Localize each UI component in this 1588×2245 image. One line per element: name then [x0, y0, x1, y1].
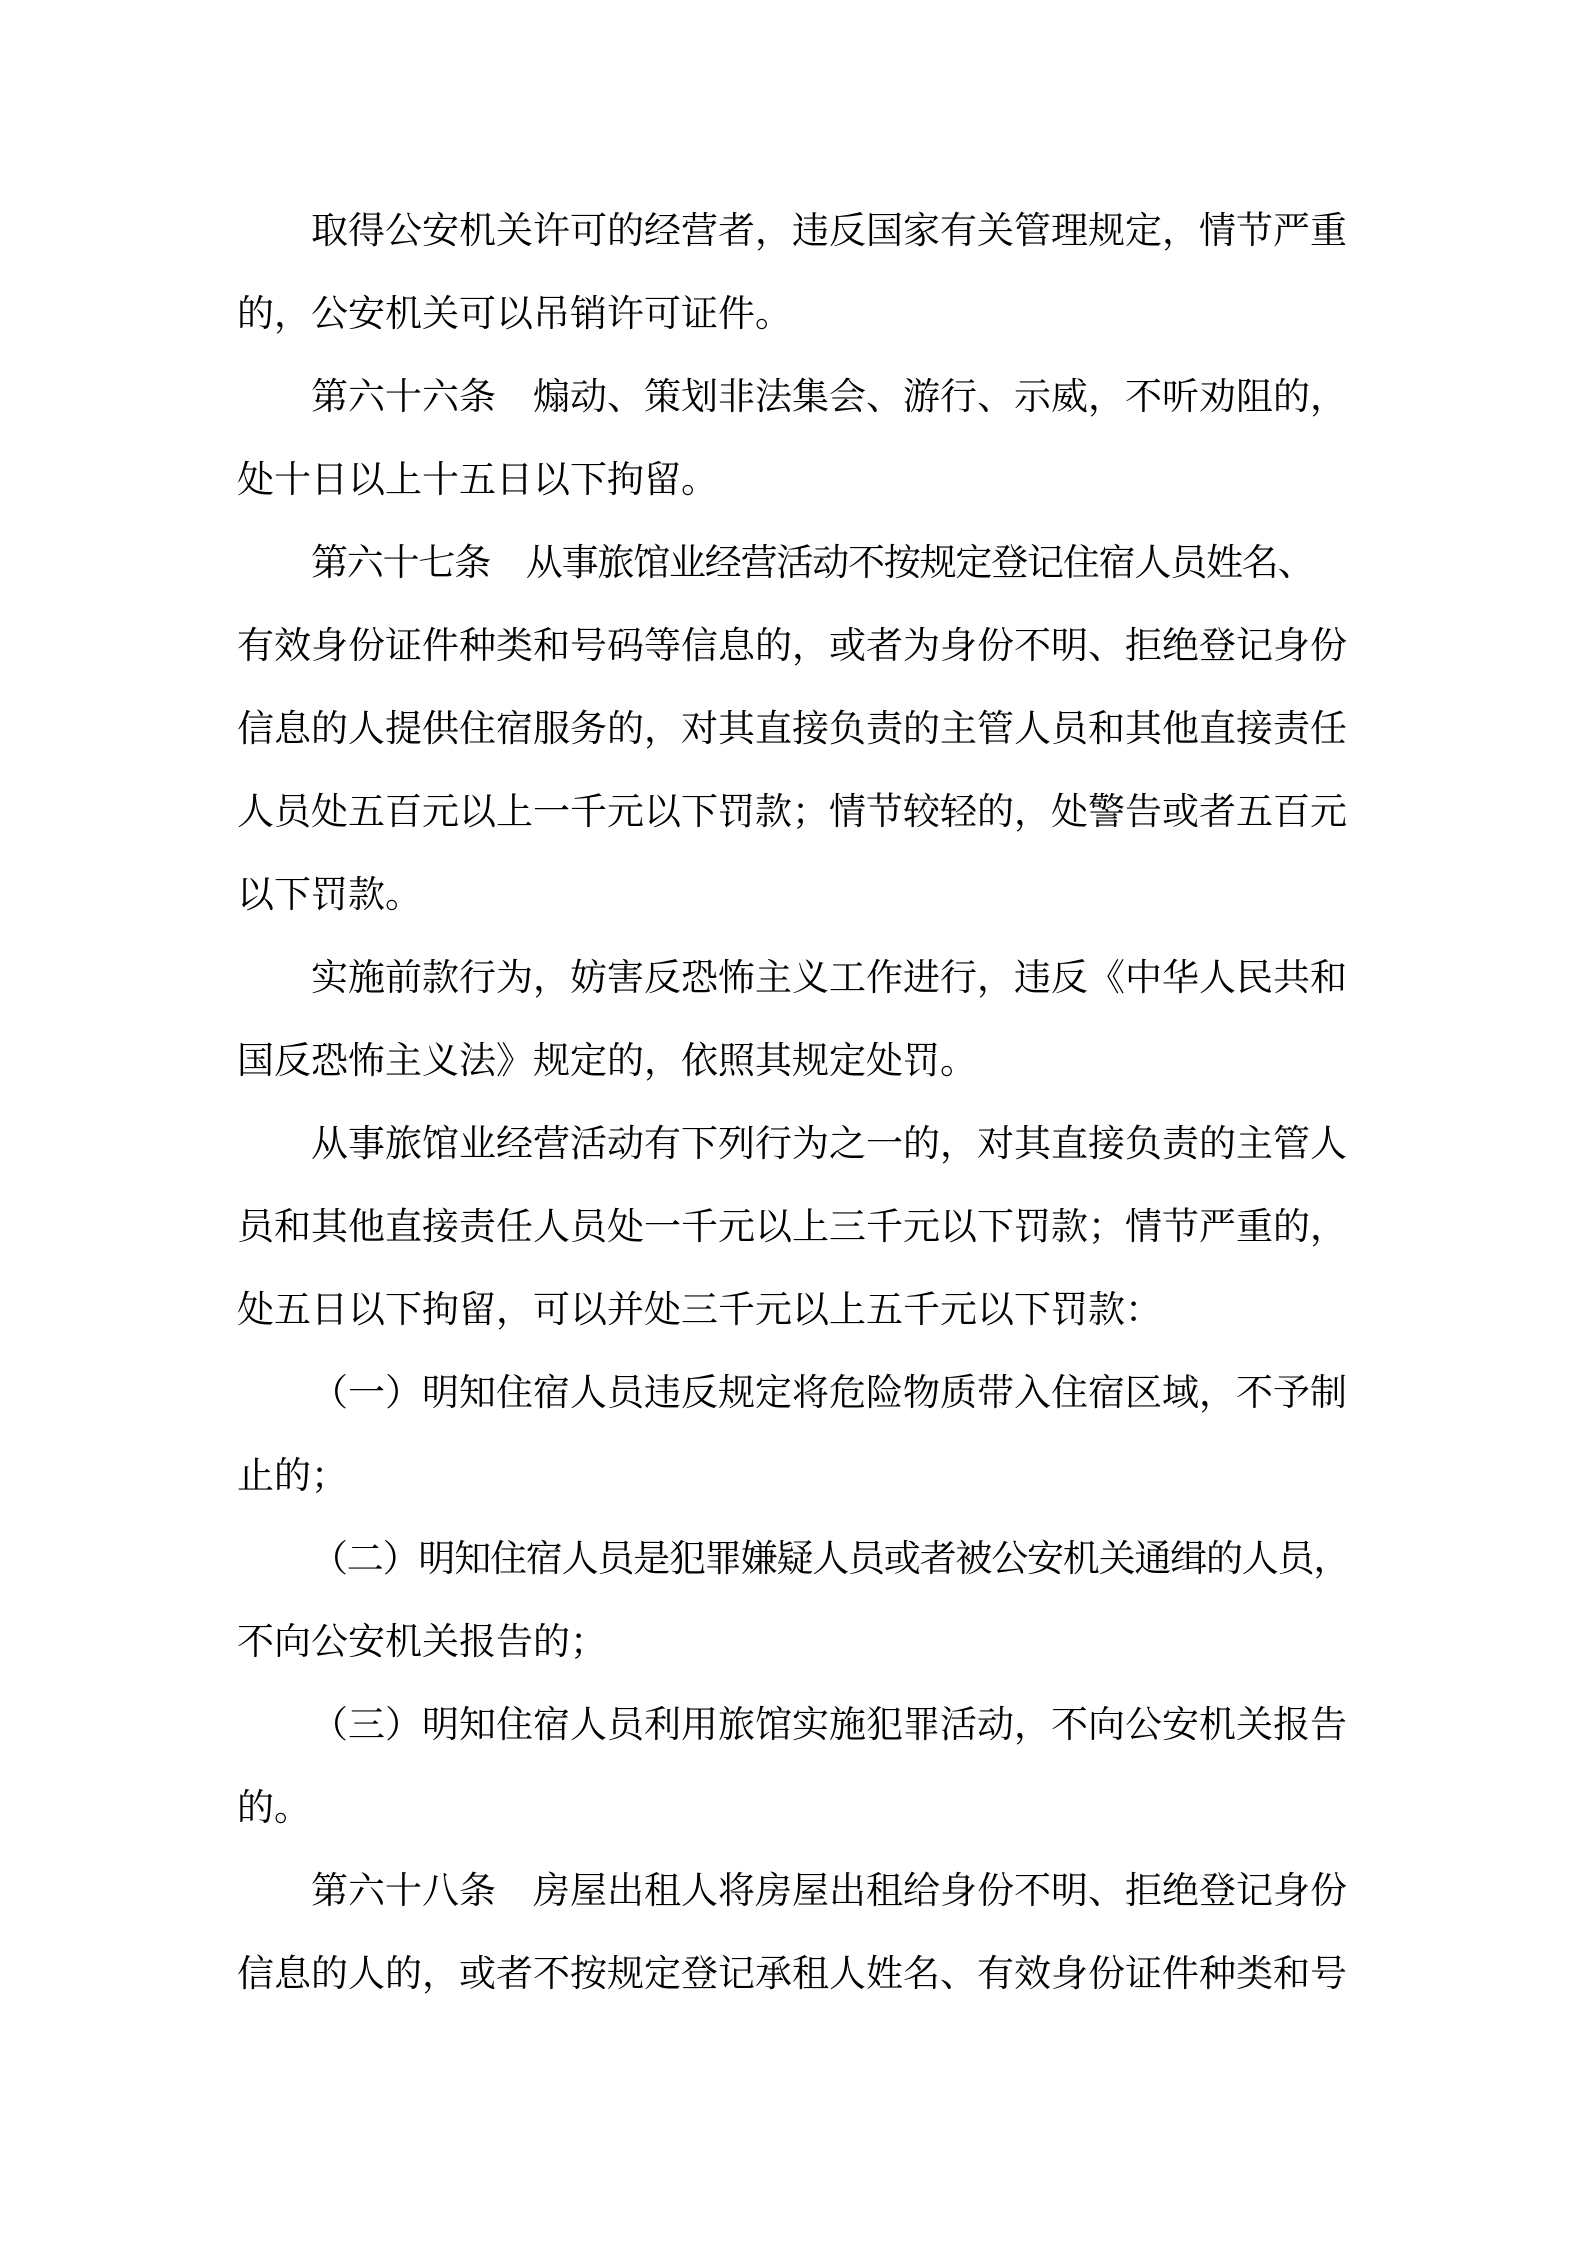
text-line: （三）明知住宿人员利用旅馆实施犯罪活动，不向公安机关报告 [237, 1684, 1350, 1767]
paragraph-item-3: （三）明知住宿人员利用旅馆实施犯罪活动，不向公安机关报告的。 [237, 1684, 1350, 1850]
paragraph-article-68: 第六十八条 房屋出租人将房屋出租给身份不明、拒绝登记身份信息的人的，或者不按规定… [237, 1850, 1350, 2016]
paragraph-item-2: （二）明知住宿人员是犯罪嫌疑人员或者被公安机关通缉的人员，不向公安机关报告的； [237, 1518, 1350, 1684]
paragraph-article-66: 第六十六条 煽动、策划非法集会、游行、示威，不听劝阻的，处十日以上十五日以下拘留… [237, 356, 1350, 522]
document-page: 取得公安机关许可的经营者，违反国家有关管理规定，情节严重的，公安机关可以吊销许可… [0, 0, 1588, 2245]
text-line: 的，公安机关可以吊销许可证件。 [237, 273, 1350, 356]
document-text-block: 取得公安机关许可的经营者，违反国家有关管理规定，情节严重的，公安机关可以吊销许可… [237, 190, 1350, 2016]
paragraph-article-67-para-2: 实施前款行为，妨害反恐怖主义工作进行，违反《中华人民共和国反恐怖主义法》规定的，… [237, 937, 1350, 1103]
text-line: 人员处五百元以上一千元以下罚款；情节较轻的，处警告或者五百元 [237, 771, 1350, 854]
text-line: 止的； [237, 1435, 1350, 1518]
text-line: （二）明知住宿人员是犯罪嫌疑人员或者被公安机关通缉的人员， [237, 1518, 1350, 1601]
paragraph-article-67: 第六十七条 从事旅馆业经营活动不按规定登记住宿人员姓名、有效身份证件种类和号码等… [237, 522, 1350, 937]
text-line: 从事旅馆业经营活动有下列行为之一的，对其直接负责的主管人 [237, 1103, 1350, 1186]
text-line: 以下罚款。 [237, 854, 1350, 937]
text-line: 实施前款行为，妨害反恐怖主义工作进行，违反《中华人民共和 [237, 937, 1350, 1020]
text-line: 信息的人的，或者不按规定登记承租人姓名、有效身份证件种类和号 [237, 1933, 1350, 2016]
text-line: （一）明知住宿人员违反规定将危险物质带入住宿区域，不予制 [237, 1352, 1350, 1435]
text-line: 第六十六条 煽动、策划非法集会、游行、示威，不听劝阻的， [237, 356, 1350, 439]
text-line: 信息的人提供住宿服务的，对其直接负责的主管人员和其他直接责任 [237, 688, 1350, 771]
text-line: 有效身份证件种类和号码等信息的，或者为身份不明、拒绝登记身份 [237, 605, 1350, 688]
text-line: 第六十七条 从事旅馆业经营活动不按规定登记住宿人员姓名、 [237, 522, 1350, 605]
text-line: 员和其他直接责任人员处一千元以上三千元以下罚款；情节严重的， [237, 1186, 1350, 1269]
text-line: 处五日以下拘留，可以并处三千元以上五千元以下罚款： [237, 1269, 1350, 1352]
text-line: 国反恐怖主义法》规定的，依照其规定处罚。 [237, 1020, 1350, 1103]
text-line: 第六十八条 房屋出租人将房屋出租给身份不明、拒绝登记身份 [237, 1850, 1350, 1933]
paragraph-body-paragraph: 取得公安机关许可的经营者，违反国家有关管理规定，情节严重的，公安机关可以吊销许可… [237, 190, 1350, 356]
text-line: 不向公安机关报告的； [237, 1601, 1350, 1684]
paragraph-article-67-para-3: 从事旅馆业经营活动有下列行为之一的，对其直接负责的主管人员和其他直接责任人员处一… [237, 1103, 1350, 1352]
paragraph-item-1: （一）明知住宿人员违反规定将危险物质带入住宿区域，不予制止的； [237, 1352, 1350, 1518]
text-line: 取得公安机关许可的经营者，违反国家有关管理规定，情节严重 [237, 190, 1350, 273]
text-line: 处十日以上十五日以下拘留。 [237, 439, 1350, 522]
text-line: 的。 [237, 1767, 1350, 1850]
